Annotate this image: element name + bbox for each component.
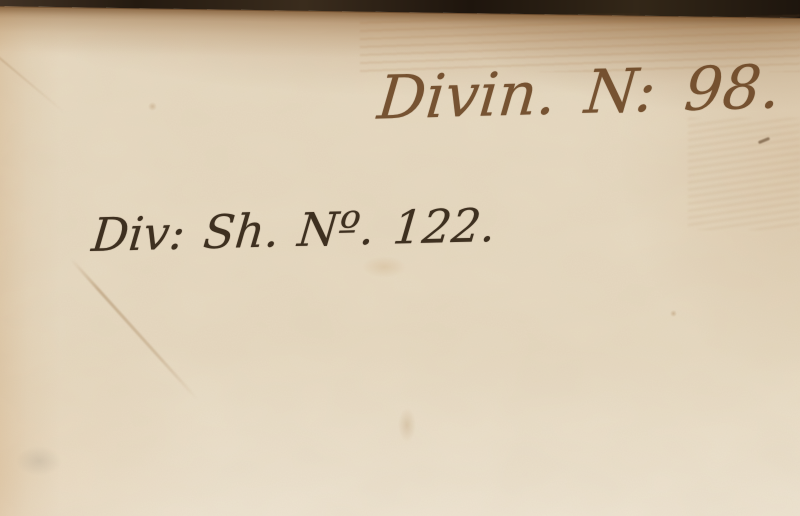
fiber-streaks-top: [360, 14, 800, 72]
inscription-upper-shelfmark: Divin. N: 98.: [375, 52, 784, 133]
stain: [670, 310, 677, 317]
inscription-lower-shelfmark: Div: Sh. Nº. 122.: [89, 198, 498, 262]
crease-mark: [70, 258, 199, 401]
parchment-page: Divin. N: 98. Div: Sh. Nº. 122.: [0, 0, 800, 516]
ink-speck: [758, 137, 770, 144]
crease-mark-small: [0, 52, 67, 115]
stain: [362, 256, 406, 278]
book-edge-band: [0, 0, 800, 18]
paper-grain-texture: [0, 0, 800, 516]
stain: [398, 408, 416, 442]
fiber-streaks-right: [688, 118, 800, 230]
stain: [16, 446, 62, 476]
stain: [148, 102, 157, 111]
